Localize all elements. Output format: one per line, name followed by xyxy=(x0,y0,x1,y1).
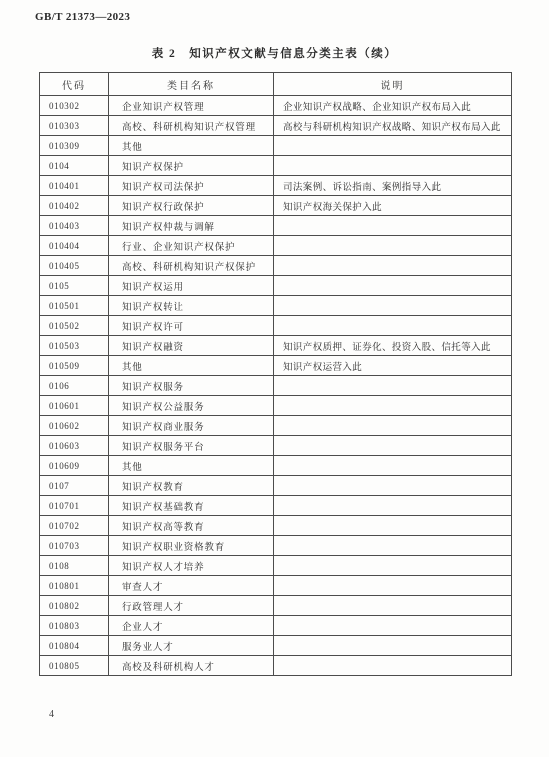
table-row: 010303 高校、科研机构知识产权管理 高校与科研机构知识产权战略、知识产权布… xyxy=(40,116,512,136)
cell-description: 知识产权质押、证券化、投资入股、信托等入此 xyxy=(274,336,512,356)
cell-description xyxy=(274,396,512,416)
table-row: 010401 知识产权司法保护 司法案例、诉讼指南、案例指导入此 xyxy=(40,176,512,196)
cell-description: 知识产权运营入此 xyxy=(274,356,512,376)
cell-category-name: 企业人才 xyxy=(109,616,274,636)
table-row: 0105 知识产权运用 xyxy=(40,276,512,296)
page-number: 4 xyxy=(49,709,54,720)
table-row: 010402 知识产权行政保护 知识产权海关保护入此 xyxy=(40,196,512,216)
cell-code: 010404 xyxy=(40,236,109,256)
cell-code: 010702 xyxy=(40,516,109,536)
cell-code: 010603 xyxy=(40,436,109,456)
cell-description xyxy=(274,416,512,436)
cell-code: 010701 xyxy=(40,496,109,516)
header-category-name: 类目名称 xyxy=(109,73,274,96)
cell-category-name: 知识产权转让 xyxy=(109,296,274,316)
cell-category-name: 知识产权服务平台 xyxy=(109,436,274,456)
cell-description xyxy=(274,296,512,316)
cell-description xyxy=(274,656,512,676)
cell-category-name: 高校、科研机构知识产权保护 xyxy=(109,256,274,276)
table-row: 0106 知识产权服务 xyxy=(40,376,512,396)
cell-description xyxy=(274,436,512,456)
table-row: 010801 审查人才 xyxy=(40,576,512,596)
cell-description xyxy=(274,236,512,256)
table-title: 表 2 知识产权文献与信息分类主表（续） xyxy=(0,45,549,61)
standard-number: GB/T 21373—2023 xyxy=(35,11,130,23)
cell-code: 010302 xyxy=(40,96,109,116)
cell-description xyxy=(274,376,512,396)
cell-description xyxy=(274,516,512,536)
cell-code: 010405 xyxy=(40,256,109,276)
cell-description: 司法案例、诉讼指南、案例指导入此 xyxy=(274,176,512,196)
table-row: 010803 企业人才 xyxy=(40,616,512,636)
cell-category-name: 知识产权高等教育 xyxy=(109,516,274,536)
table-row: 010302 企业知识产权管理 企业知识产权战略、企业知识产权布局入此 xyxy=(40,96,512,116)
cell-code: 0108 xyxy=(40,556,109,576)
cell-code: 010403 xyxy=(40,216,109,236)
cell-description: 企业知识产权战略、企业知识产权布局入此 xyxy=(274,96,512,116)
cell-category-name: 知识产权许可 xyxy=(109,316,274,336)
cell-description xyxy=(274,476,512,496)
cell-category-name: 审查人才 xyxy=(109,576,274,596)
cell-code: 010502 xyxy=(40,316,109,336)
table-row: 010601 知识产权公益服务 xyxy=(40,396,512,416)
cell-code: 010802 xyxy=(40,596,109,616)
classification-table: 代码 类目名称 说明 010302 企业知识产权管理 企业知识产权战略、企业知识… xyxy=(39,72,512,676)
cell-description: 高校与科研机构知识产权战略、知识产权布局入此 xyxy=(274,116,512,136)
cell-description xyxy=(274,636,512,656)
cell-description xyxy=(274,576,512,596)
cell-description xyxy=(274,456,512,476)
cell-code: 010401 xyxy=(40,176,109,196)
cell-category-name: 知识产权商业服务 xyxy=(109,416,274,436)
cell-code: 0105 xyxy=(40,276,109,296)
document-page: GB/T 21373—2023 表 2 知识产权文献与信息分类主表（续） 代码 … xyxy=(0,0,549,757)
table-row: 0108 知识产权人才培养 xyxy=(40,556,512,576)
header-description: 说明 xyxy=(274,73,512,96)
cell-code: 010503 xyxy=(40,336,109,356)
cell-category-name: 其他 xyxy=(109,456,274,476)
cell-category-name: 其他 xyxy=(109,136,274,156)
table-row: 010405 高校、科研机构知识产权保护 xyxy=(40,256,512,276)
cell-code: 010601 xyxy=(40,396,109,416)
cell-code: 010803 xyxy=(40,616,109,636)
cell-category-name: 知识产权人才培养 xyxy=(109,556,274,576)
cell-code: 010602 xyxy=(40,416,109,436)
table-row: 010501 知识产权转让 xyxy=(40,296,512,316)
cell-code: 010609 xyxy=(40,456,109,476)
cell-description xyxy=(274,216,512,236)
cell-code: 010509 xyxy=(40,356,109,376)
cell-category-name: 知识产权仲裁与调解 xyxy=(109,216,274,236)
table-row: 010609 其他 xyxy=(40,456,512,476)
cell-description: 知识产权海关保护入此 xyxy=(274,196,512,216)
cell-description xyxy=(274,256,512,276)
table-row: 010603 知识产权服务平台 xyxy=(40,436,512,456)
table-row: 010509 其他 知识产权运营入此 xyxy=(40,356,512,376)
table-row: 010701 知识产权基础教育 xyxy=(40,496,512,516)
cell-category-name: 知识产权运用 xyxy=(109,276,274,296)
cell-description xyxy=(274,156,512,176)
cell-category-name: 服务业人才 xyxy=(109,636,274,656)
cell-category-name: 知识产权行政保护 xyxy=(109,196,274,216)
cell-category-name: 知识产权基础教育 xyxy=(109,496,274,516)
cell-code: 010303 xyxy=(40,116,109,136)
cell-code: 010501 xyxy=(40,296,109,316)
cell-code: 010402 xyxy=(40,196,109,216)
table-row: 0104 知识产权保护 xyxy=(40,156,512,176)
cell-category-name: 行政管理人才 xyxy=(109,596,274,616)
cell-category-name: 知识产权保护 xyxy=(109,156,274,176)
cell-code: 0104 xyxy=(40,156,109,176)
cell-description xyxy=(274,136,512,156)
header-code: 代码 xyxy=(40,73,109,96)
cell-code: 010805 xyxy=(40,656,109,676)
table-header-row: 代码 类目名称 说明 xyxy=(40,73,512,96)
cell-code: 010703 xyxy=(40,536,109,556)
cell-category-name: 知识产权司法保护 xyxy=(109,176,274,196)
table-row: 010602 知识产权商业服务 xyxy=(40,416,512,436)
table-row: 010702 知识产权高等教育 xyxy=(40,516,512,536)
cell-category-name: 知识产权职业资格教育 xyxy=(109,536,274,556)
table-row: 010805 高校及科研机构人才 xyxy=(40,656,512,676)
cell-code: 010804 xyxy=(40,636,109,656)
cell-code: 010309 xyxy=(40,136,109,156)
cell-description xyxy=(274,556,512,576)
classification-table-body: 010302 企业知识产权管理 企业知识产权战略、企业知识产权布局入此 0103… xyxy=(40,96,512,676)
cell-description xyxy=(274,536,512,556)
table-row: 010404 行业、企业知识产权保护 xyxy=(40,236,512,256)
cell-category-name: 知识产权公益服务 xyxy=(109,396,274,416)
cell-category-name: 知识产权教育 xyxy=(109,476,274,496)
table-row: 010403 知识产权仲裁与调解 xyxy=(40,216,512,236)
cell-code: 0107 xyxy=(40,476,109,496)
cell-code: 0106 xyxy=(40,376,109,396)
table-row: 010309 其他 xyxy=(40,136,512,156)
cell-description xyxy=(274,596,512,616)
cell-description xyxy=(274,496,512,516)
cell-category-name: 高校、科研机构知识产权管理 xyxy=(109,116,274,136)
cell-category-name: 知识产权融资 xyxy=(109,336,274,356)
table-row: 010503 知识产权融资 知识产权质押、证券化、投资入股、信托等入此 xyxy=(40,336,512,356)
table-row: 0107 知识产权教育 xyxy=(40,476,512,496)
cell-description xyxy=(274,316,512,336)
table-row: 010502 知识产权许可 xyxy=(40,316,512,336)
table-row: 010703 知识产权职业资格教育 xyxy=(40,536,512,556)
cell-category-name: 企业知识产权管理 xyxy=(109,96,274,116)
table-row: 010802 行政管理人才 xyxy=(40,596,512,616)
cell-category-name: 行业、企业知识产权保护 xyxy=(109,236,274,256)
cell-category-name: 其他 xyxy=(109,356,274,376)
cell-category-name: 高校及科研机构人才 xyxy=(109,656,274,676)
cell-code: 010801 xyxy=(40,576,109,596)
cell-category-name: 知识产权服务 xyxy=(109,376,274,396)
table-row: 010804 服务业人才 xyxy=(40,636,512,656)
cell-description xyxy=(274,276,512,296)
cell-description xyxy=(274,616,512,636)
